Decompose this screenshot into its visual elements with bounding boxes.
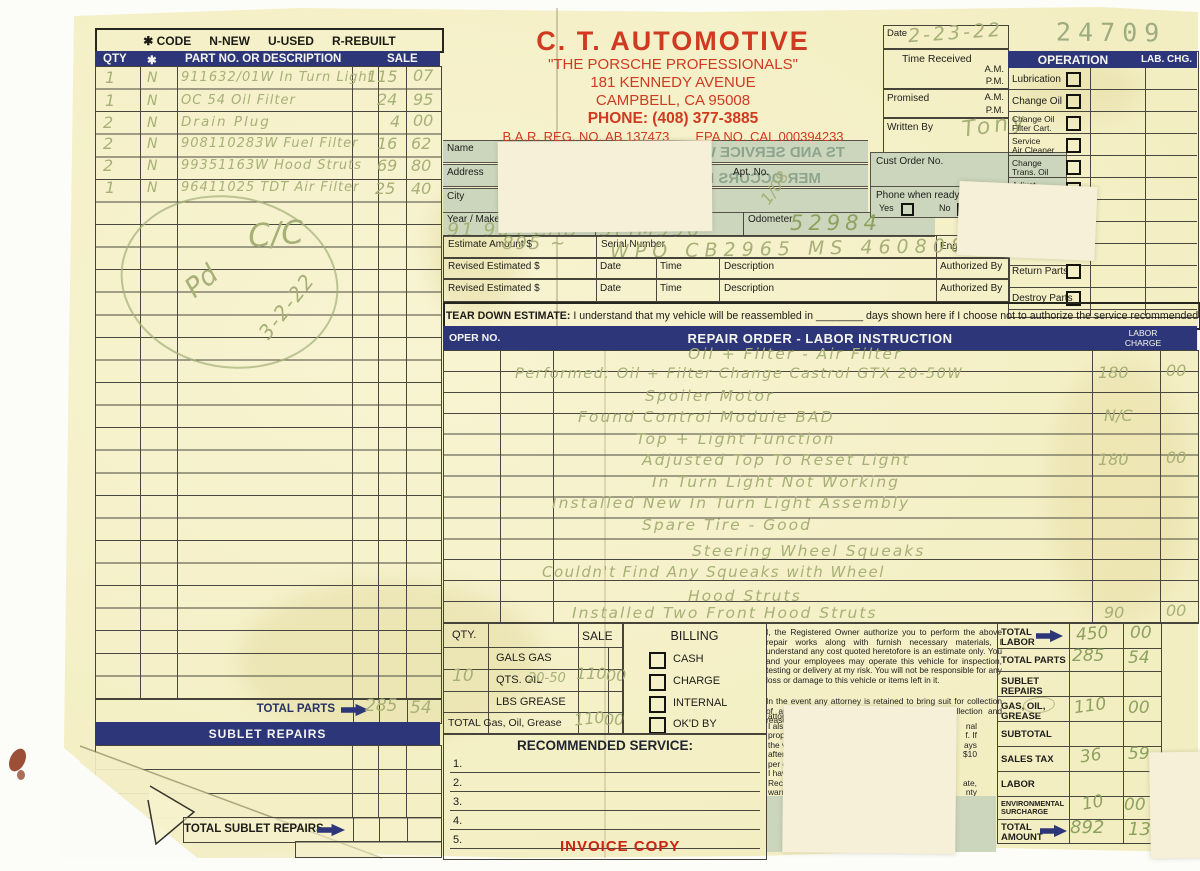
am-label: A.M. [984, 64, 1004, 75]
recommended-service-title: RECOMMENDED SERVICE: [444, 738, 766, 753]
part-code: N [147, 181, 157, 195]
labor-charge: 90 [1104, 605, 1124, 621]
time-received-label: Time Received [902, 53, 972, 65]
description-col-label: Description [724, 283, 774, 294]
total-sublet-row: TOTAL SUBLET REPAIRS [183, 817, 442, 843]
city-label: City [447, 191, 464, 202]
labor-col-line [1092, 350, 1093, 622]
company-tagline: "THE PORSCHE PROFESSIONALS" [443, 56, 903, 73]
part-desc: 96411025 TDT Air Filter [181, 181, 359, 194]
labor-charge-header-1: LABOR [1098, 328, 1188, 338]
labor-charge-cents: 00 [1166, 603, 1186, 619]
scanned-invoice-page: TS AND SERVICE WO MER OCCURS FIR ✱ CODE … [0, 0, 1200, 871]
labor-line: Oil + Filter - Air Filter [688, 347, 902, 363]
change-trans-oil-checkbox [1066, 160, 1081, 175]
company-city: CAMPBELL, CA 95008 [443, 92, 903, 109]
part-qty: 1 [105, 93, 115, 109]
parts-header-desc: PART NO. OR DESCRIPTION [185, 53, 341, 65]
okd-by-checkbox [649, 717, 666, 734]
part-sale-cents: 62 [411, 136, 431, 152]
recommended-line-number: 1. [453, 758, 462, 770]
total-parts-value2: 285 [1072, 648, 1104, 665]
sticker-over-legal [782, 705, 957, 854]
part-row: 2 N 908110283W Fuel Filter 16 62 [95, 134, 440, 156]
lubrication-checkbox [1066, 72, 1081, 87]
part-code: N [147, 137, 157, 151]
bleedthrough-text: TS AND SERVICE WO [690, 144, 845, 161]
part-row: 2 N Drain Plug 4 00 [95, 112, 440, 134]
part-row: 1 N 911632/01W In Turn Light 115 07 [95, 68, 440, 90]
code-legend-rebuilt: R-REBUILT [332, 34, 396, 48]
cell-line [407, 699, 408, 723]
part-sale-cents: 80 [411, 158, 431, 174]
labor-line: Couldn't Find Any Squeaks with Wheel [542, 565, 885, 580]
operation-item-service-air-cleaner-2: Air Cleaner [1012, 145, 1055, 155]
total-parts-value: 285 [365, 698, 397, 715]
billing-title: BILLING [623, 629, 766, 643]
pm-label: P.M. [986, 76, 1004, 87]
part-code: N [147, 71, 157, 85]
row-line [998, 671, 1161, 672]
lab-chg-title: LAB. CHG. [1136, 54, 1197, 65]
oil-grade-handwritten: 20-50 [528, 672, 566, 685]
invoice-copy-stamp: INVOICE COPY [560, 838, 680, 855]
part-code: N [147, 94, 157, 108]
operation-item-lubrication: Lubrication [1012, 74, 1061, 85]
authorized-by-label: Authorized By [940, 283, 1002, 294]
odometer-label: Odometer [748, 214, 792, 225]
cell-line [379, 818, 380, 842]
total-parts-cents2: 54 [1128, 650, 1150, 667]
ink-blob [17, 770, 25, 780]
labor-line: Adjusted Top To Reset Light [642, 453, 910, 469]
internal-label: INTERNAL [673, 697, 727, 709]
labor-line: Top + Light Function [636, 432, 835, 448]
labor-line: Installed New In Turn Light Assembly [552, 496, 910, 512]
operation-item-change-oil-filter-2: Filter Cart. [1012, 123, 1052, 133]
labor-col-line [500, 350, 501, 622]
parts-header: QTY ✱ PART NO. OR DESCRIPTION SALE [95, 51, 440, 67]
part-code: N [147, 159, 157, 173]
labor-row-label: LABOR [1001, 779, 1035, 790]
part-sale: 25 [375, 181, 395, 197]
total-amount-cents: 13 [1128, 821, 1151, 839]
change-oil-filter-checkbox [1066, 116, 1081, 131]
labor-line: Steering Wheel Squeaks [692, 544, 925, 560]
invoice-number-stamp: 24709 [1056, 18, 1167, 48]
part-sale: 16 [377, 136, 397, 152]
phone-ready-yes-checkbox [901, 203, 914, 216]
total-sublet-label: TOTAL SUBLET REPAIRS [184, 823, 314, 835]
lbs-grease-label: LBS GREASE [496, 696, 566, 708]
labor-line: Performed: Oil + Filter Change Castrol G… [515, 367, 963, 382]
labor-line: Found Control Module BAD [578, 410, 835, 426]
operation-header: OPERATION LAB. CHG. [1008, 51, 1197, 68]
part-sale: 115 [367, 69, 398, 85]
vehicle-col-line [743, 212, 744, 235]
labor-col-line [553, 350, 554, 622]
part-desc: OC 54 Oil Filter [181, 94, 296, 107]
parts-header-qty: QTY [103, 53, 127, 65]
code-legend: ✱ CODE N-NEW U-USED R-REBUILT [95, 28, 444, 53]
part-row: 1 N 96411025 TDT Air Filter 25 40 [95, 178, 440, 200]
total-amount-label-2: AMOUNT [1001, 832, 1043, 843]
date-label: Date [887, 28, 907, 39]
apt-no-label: Apt. No. [733, 167, 769, 178]
code-legend-new: N-NEW [209, 34, 250, 48]
environmental-surcharge-cents: 00 [1124, 797, 1146, 814]
time-received-box: Time Received A.M. P.M. [883, 48, 1009, 90]
sales-tax-cents: 59 [1128, 746, 1150, 763]
cell-line [1069, 623, 1070, 843]
cust-order-label: Cust Order No. [876, 156, 943, 167]
row-line [444, 647, 623, 648]
cell-line [936, 258, 937, 279]
oil-qty-handwritten: 10 [452, 668, 474, 685]
cell-line [353, 818, 354, 842]
internal-checkbox [649, 696, 666, 713]
labor-line: Spoiler Motor [645, 389, 774, 405]
cell-line [656, 258, 657, 279]
total-amount-value: 892 [1070, 819, 1104, 837]
written-by-label: Written By [887, 122, 933, 133]
total-parts-cents: 54 [410, 700, 432, 717]
billing-box: BILLING CASH CHARGE INTERNAL OK'D BY [622, 622, 767, 735]
ink-blob [6, 746, 30, 774]
gals-gas-label: GALS GAS [496, 652, 552, 664]
operation-item-change-oil: Change Oil [1012, 96, 1062, 107]
sticker-top-right [956, 181, 1097, 261]
part-qty: 2 [103, 136, 113, 152]
sticker-over-name [498, 140, 713, 233]
recommended-line-number: 2. [453, 777, 462, 789]
am-label: A.M. [984, 92, 1004, 103]
revised-estimated-label: Revised Estimated $ [448, 261, 540, 272]
revised-estimate-row-1: Revised Estimated $ Date Time Descriptio… [443, 257, 1010, 280]
environmental-surcharge-label-2: SURCHARGE [1001, 807, 1048, 816]
operation-item-change-trans-oil-2: Trans. Oil [1012, 167, 1049, 177]
part-desc: 911632/01W In Turn Light [181, 71, 374, 84]
labor-line: Hood Struts [688, 589, 802, 605]
name-label: Name [447, 143, 474, 154]
sales-tax-label: SALES TAX [1001, 754, 1054, 765]
parts-header-star: ✱ [147, 53, 157, 67]
part-sale: 24 [377, 92, 397, 108]
okd-by-label: OK'D BY [673, 718, 717, 730]
cell-line [936, 279, 937, 301]
sublet-repairs-label-2: REPAIRS [1001, 686, 1043, 697]
revised-estimated-label: Revised Estimated $ [448, 283, 540, 294]
revised-estimate-row-2: Revised Estimated $ Date Time Descriptio… [443, 278, 1010, 302]
labor-charge-cents: 00 [1166, 363, 1186, 379]
labor-line: Installed Two Front Hood Struts [572, 606, 878, 622]
row-line [444, 691, 623, 692]
cell-line [719, 258, 720, 279]
part-sale-cents: 95 [413, 92, 433, 108]
part-code: N [147, 116, 157, 130]
company-address: 181 KENNEDY AVENUE [443, 74, 903, 91]
cell-line [596, 236, 597, 258]
code-legend-star: ✱ CODE [143, 34, 191, 48]
total-parts-label: TOTAL PARTS [95, 703, 335, 715]
cell-line [596, 258, 597, 279]
return-parts-checkbox [1066, 264, 1081, 279]
cell-line [719, 279, 720, 301]
odometer-handwritten: 52984 [790, 213, 882, 234]
oil-sale-handwritten: 110 [576, 666, 607, 682]
address-label: Address [447, 167, 484, 178]
fluids-qty-header: QTY. [452, 629, 476, 641]
labor-line: Spare Tire - Good [642, 518, 812, 534]
fluids-total-handwritten: 110 [573, 709, 605, 728]
charge-label: CHARGE [673, 675, 720, 687]
labor-line: In Turn Light Not Working [652, 475, 900, 491]
labor-charge: N/C [1104, 408, 1133, 424]
rule-line [450, 810, 760, 811]
part-sale-cents: 07 [413, 68, 433, 84]
part-qty: 2 [103, 158, 113, 174]
estimate-amount-handwritten: 895 ~ [502, 235, 567, 253]
recommended-line-number: 4. [453, 815, 462, 827]
part-desc: Drain Plug [181, 116, 271, 130]
total-labor-label-2: LABOR [1001, 637, 1035, 648]
total-gas-oil-grease-label: TOTAL Gas, Oil, Grease [448, 717, 562, 729]
part-row: 2 N 99351163W Hood Struts 69 80 [95, 156, 440, 178]
teardown-bold: TEAR DOWN ESTIMATE: [446, 310, 571, 322]
change-oil-checkbox [1066, 94, 1081, 109]
rule-line [450, 791, 760, 792]
recommended-line-number: 3. [453, 796, 462, 808]
parts-header-sale: SALE [387, 53, 418, 65]
gas-oil-grease-cents: 00 [1128, 700, 1150, 717]
fluids-sale-header: SALE [582, 629, 613, 643]
cash-checkbox [649, 652, 666, 669]
company-phone: PHONE: (408) 377-3885 [443, 110, 903, 128]
date-col-label: Date [600, 261, 621, 272]
part-sale: 69 [377, 158, 397, 174]
legal-paragraph-1: I, the Registered Owner authorize you to… [766, 628, 1002, 686]
part-sale-cents: 40 [411, 181, 431, 197]
charge-checkbox [649, 674, 666, 691]
labor-charge-cents: 00 [1166, 450, 1186, 466]
epa-number: EPA NO. CAL 000394233 [695, 129, 843, 144]
time-col-label: Time [660, 261, 682, 272]
part-row: 1 N OC 54 Oil Filter 24 95 [95, 90, 440, 112]
cell-line [407, 818, 408, 842]
company-name: C. T. AUTOMOTIVE [443, 26, 903, 57]
paid-cc-handwritten: C/C [247, 216, 305, 253]
part-desc: 99351163W Hood Struts [181, 159, 362, 172]
sales-tax-value: 36 [1079, 747, 1103, 767]
rule-line [450, 772, 760, 773]
operation-title: OPERATION [1008, 53, 1138, 67]
cell-line [656, 279, 657, 301]
service-air-cleaner-checkbox [1066, 138, 1081, 153]
row-line [998, 771, 1161, 772]
total-parts-row-label: TOTAL PARTS [1001, 655, 1066, 666]
part-qty: 1 [105, 180, 115, 196]
rule-line [450, 829, 760, 830]
part-sale: 4 [390, 114, 400, 130]
part-sale-cents: 00 [413, 113, 433, 129]
operation-col-line [1145, 68, 1146, 316]
labor-col-line [1160, 350, 1161, 622]
code-legend-used: U-USED [268, 34, 314, 48]
part-desc: 908110283W Fuel Filter [181, 137, 359, 150]
date-col-label: Date [600, 283, 621, 294]
phone-ready-no-label: No [939, 203, 951, 213]
part-qty: 1 [105, 70, 115, 86]
cell-line [596, 279, 597, 301]
total-labor-cents: 00 [1130, 625, 1152, 642]
description-col-label: Description [724, 261, 774, 272]
authorized-by-label: Authorized By [940, 261, 1002, 272]
repair-order-title: REPAIR ORDER - LABOR INSTRUCTION [443, 331, 1197, 346]
cash-label: CASH [673, 653, 704, 665]
operation-item-return-parts: Return Parts [1012, 266, 1068, 277]
promised-label: Promised [887, 93, 929, 104]
cell-line [406, 745, 407, 817]
total-labor-value: 450 [1075, 625, 1109, 645]
labor-charge-header-2: CHARGE [1098, 338, 1188, 348]
teardown-text: I understand that my vehicle will be rea… [570, 310, 1198, 322]
subtotal-label: SUBTOTAL [1001, 729, 1052, 740]
sticker-bottom-right [1149, 752, 1200, 859]
labor-charge: 180 [1098, 452, 1129, 468]
total-sublet-trailing-box [295, 841, 442, 858]
time-col-label: Time [660, 283, 682, 294]
recommended-line-number: 5. [453, 834, 462, 846]
part-qty: 2 [103, 115, 113, 131]
labor-charge: 180 [1098, 365, 1129, 381]
gas-oil-grease-value: 110 [1073, 696, 1108, 717]
phone-ready-label: Phone when ready [876, 190, 959, 201]
environmental-surcharge-value: 10 [1081, 793, 1105, 813]
